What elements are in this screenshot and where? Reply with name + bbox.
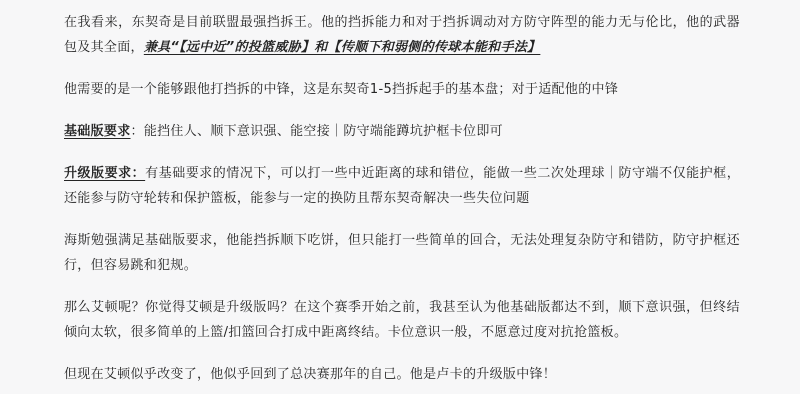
text-run: 他需要的是一个能够跟他打挡拆的中锋，这是东契奇1-5挡拆起手的基本盘；对于适配他… [64, 82, 618, 97]
paragraph: 海斯勉强满足基础版要求，他能挡拆顺下吃饼，但只能打一些简单的回合，无法处理复杂防… [64, 228, 740, 278]
paragraph: 升级版要求：有基础要求的情况下，可以打一些中近距离的球和错位，能做一些二次处理球… [64, 161, 740, 211]
emphasis-run: 兼具“【远中近”的投篮威胁】和【传顺下和弱侧的传球本能和手法】 [144, 40, 541, 55]
requirement-label: 升级版要求： [64, 166, 145, 181]
requirement-label: 基础版要求 [64, 124, 131, 139]
text-run: 有基础要求的情况下，可以打一些中近距离的球和错位，能做一些二次处理球｜防守端不仅… [64, 166, 740, 206]
text-run: ：能挡住人、顺下意识强、能空接｜防守端能蹲坑护框卡位即可 [131, 124, 503, 139]
paragraph: 那么艾顿呢？你觉得艾顿是升级版吗？在这个赛季开始之前，我甚至认为他基础版都达不到… [64, 295, 740, 345]
paragraph: 基础版要求：能挡住人、顺下意识强、能空接｜防守端能蹲坑护框卡位即可 [64, 119, 740, 144]
paragraph: 他需要的是一个能够跟他打挡拆的中锋，这是东契奇1-5挡拆起手的基本盘；对于适配他… [64, 77, 740, 102]
text-run: 但现在艾顿似乎改变了，他似乎回到了总决赛那年的自己。他是卢卡的升级版中锋！ [64, 367, 556, 382]
text-run: 海斯勉强满足基础版要求，他能挡拆顺下吃饼，但只能打一些简单的回合，无法处理复杂防… [64, 233, 740, 273]
paragraph: 但现在艾顿似乎改变了，他似乎回到了总决赛那年的自己。他是卢卡的升级版中锋！ [64, 362, 740, 387]
article-body: 在我看来，东契奇是目前联盟最强挡拆王。他的挡拆能力和对于挡拆调动对方防守阵型的能… [0, 0, 740, 387]
text-run: 那么艾顿呢？你觉得艾顿是升级版吗？在这个赛季开始之前，我甚至认为他基础版都达不到… [64, 300, 740, 340]
paragraph: 在我看来，东契奇是目前联盟最强挡拆王。他的挡拆能力和对于挡拆调动对方防守阵型的能… [64, 10, 740, 60]
